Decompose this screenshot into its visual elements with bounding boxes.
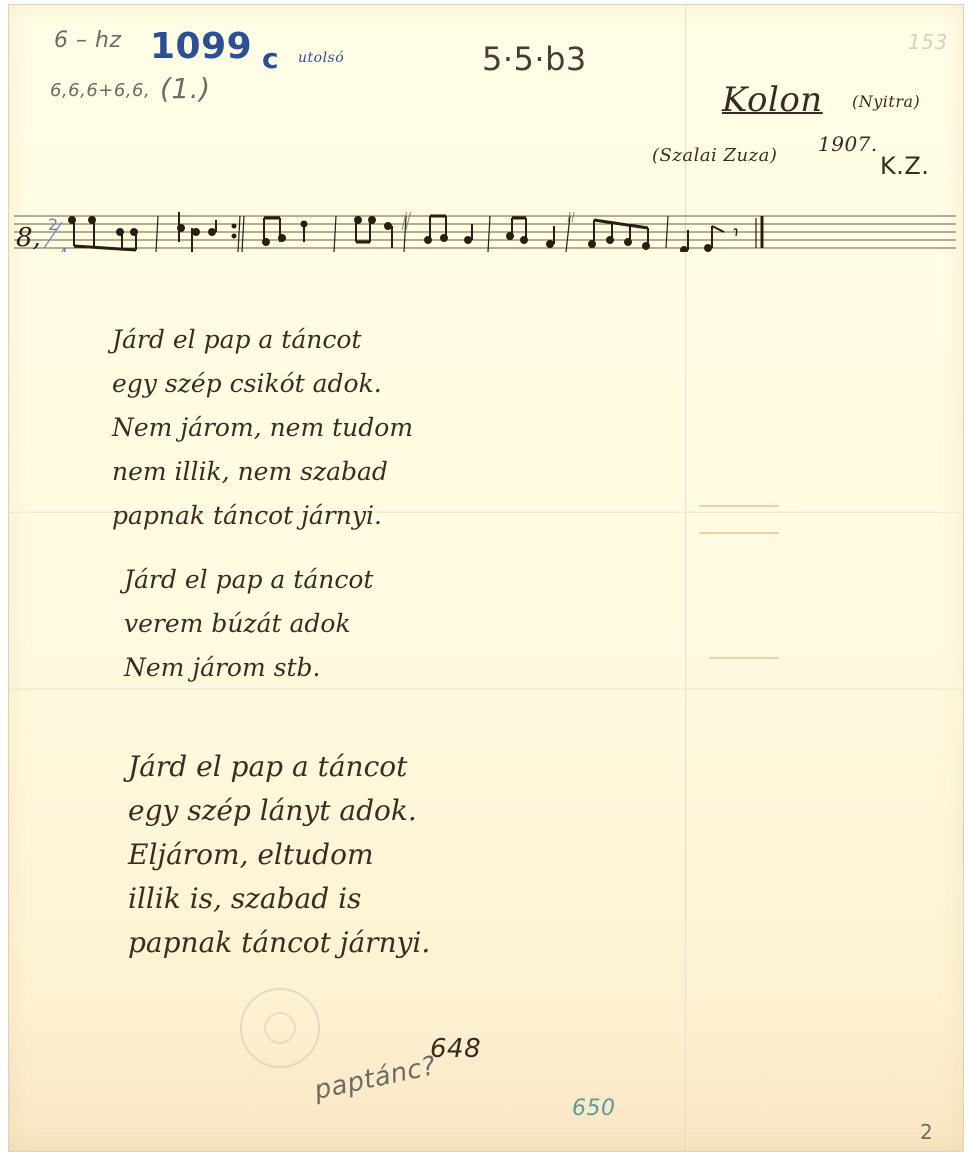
faint-corner-number: 153 [908, 30, 948, 54]
footer-number: 648 [430, 1034, 481, 1064]
verse-line: papnak táncot járnyi. [128, 921, 430, 965]
svg-text:4: 4 [58, 245, 68, 252]
code-mark: 5·5·b3 [482, 40, 587, 78]
verse-line: illik is, szabad is [128, 877, 430, 921]
catalog-pencil: 6 – hz [54, 28, 121, 53]
catalog-note: utolsó [298, 50, 344, 66]
verse-3: Járd el pap a táncot egy szép lányt adok… [128, 745, 430, 965]
paper-stain [699, 505, 779, 507]
year: 1907. [818, 132, 878, 156]
vertical-fold [685, 5, 687, 1151]
catalog-suffix: c [262, 42, 279, 75]
place-name: Kolon [722, 80, 823, 120]
verse-line: Járd el pap a táncot [128, 745, 430, 789]
collector-initials: K.Z. [880, 152, 929, 180]
teal-number: 650 [572, 1096, 616, 1121]
music-staff: 8, 2 4 [14, 212, 956, 252]
verse-line: Nem járom stb. [124, 646, 373, 690]
section-mark: (1.) [160, 72, 211, 105]
verse-line: Járd el pap a táncot [112, 318, 413, 362]
verse-line: nem illik, nem szabad [112, 450, 413, 494]
verse-line: Eljárom, eltudom [128, 833, 430, 877]
catalog-number: 1099 [150, 26, 252, 67]
verse-2: Járd el pap a táncot verem búzát adok Ne… [124, 558, 373, 690]
faded-stamp [240, 988, 320, 1068]
page-number: 2 [920, 1120, 933, 1144]
verse-line: verem búzát adok [124, 602, 373, 646]
verse-line: egy szép lányt adok. [128, 789, 430, 833]
verse-line: egy szép csikót adok. [112, 362, 413, 406]
verse-1: Járd el pap a táncot egy szép csikót ado… [112, 318, 413, 538]
paper-stain [699, 532, 779, 534]
county-name: (Nyitra) [852, 92, 920, 111]
informant-name: (Szalai Zuza) [652, 145, 777, 166]
verse-line: papnak táncot járnyi. [112, 494, 413, 538]
svg-text:2: 2 [48, 215, 58, 234]
verse-line: Nem járom, nem tudom [112, 406, 413, 450]
verse-line: Járd el pap a táncot [124, 558, 373, 602]
paper-stain [709, 657, 779, 659]
svg-text:8,: 8, [16, 223, 41, 252]
syllable-scheme: 6,6,6+6,6, [50, 80, 150, 101]
